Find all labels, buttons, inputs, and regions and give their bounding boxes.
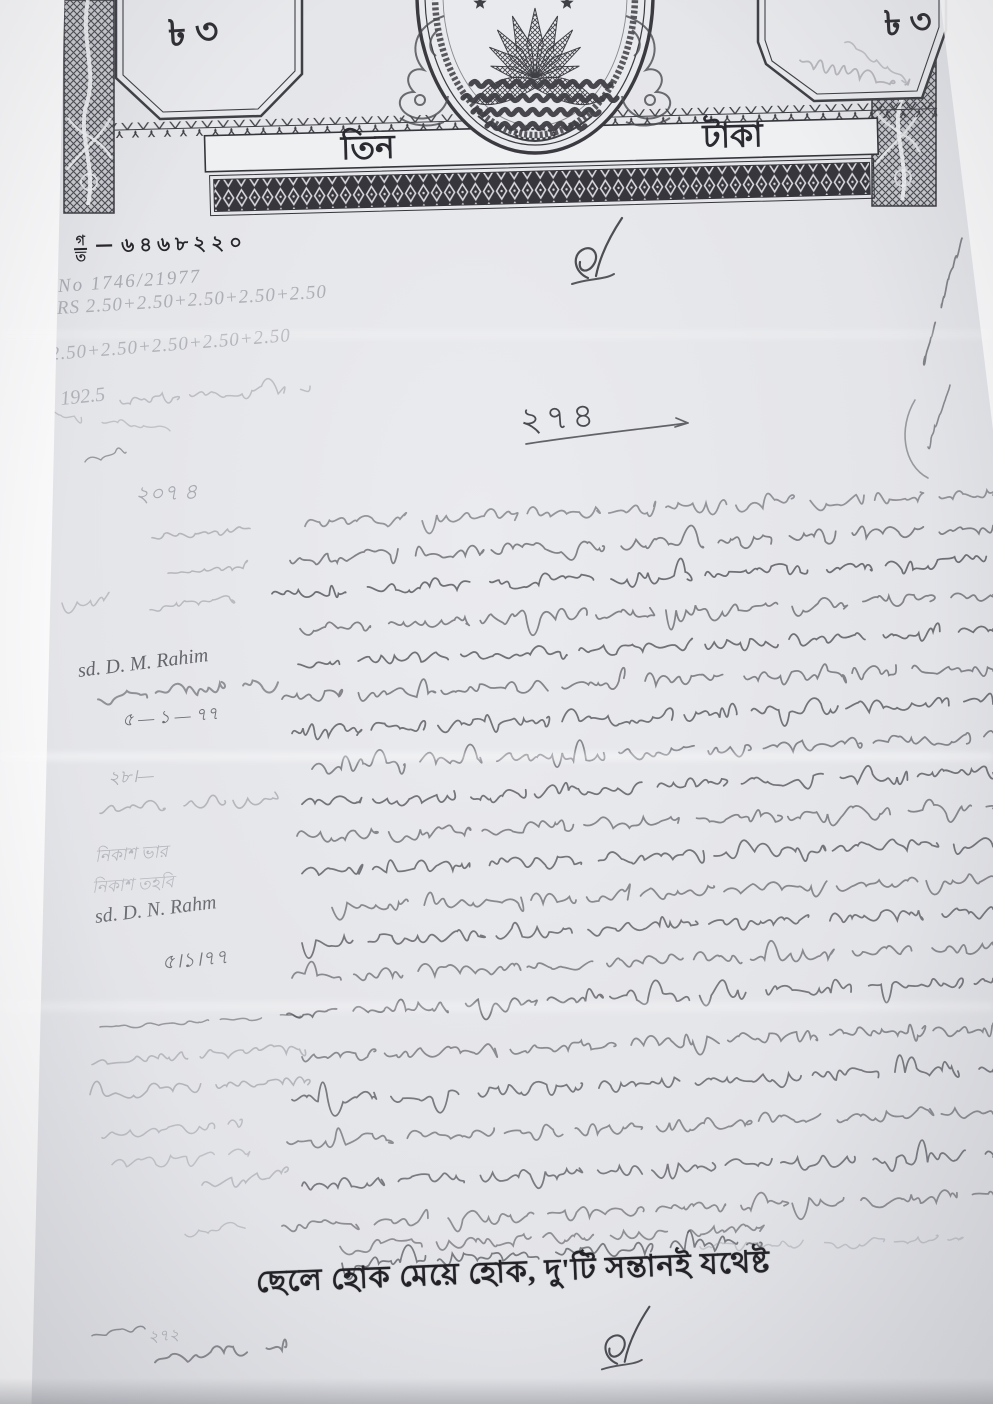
margin-illegible-notes bbox=[33, 42, 963, 1363]
illegible-note-squiggle bbox=[92, 1326, 145, 1335]
illegible-note-squiggle bbox=[90, 1077, 310, 1098]
illegible-note-squiggle bbox=[202, 1167, 288, 1187]
handwritten-line bbox=[298, 623, 993, 667]
handwritten-line bbox=[282, 664, 993, 701]
illegible-note-squiggle bbox=[928, 385, 950, 448]
paper-fold-line bbox=[0, 330, 993, 339]
scanned-stamp-paper-page: তিন টাকা ৳ ৩ ৳ ৩ bbox=[0, 0, 993, 1404]
paper-fold-line bbox=[0, 1002, 993, 1011]
illegible-note-squiggle bbox=[150, 596, 235, 611]
illegible-note-squiggle bbox=[92, 1045, 306, 1065]
pen-initial bbox=[572, 218, 622, 284]
illegible-note-squiggle bbox=[98, 681, 278, 705]
body-handwriting-lines bbox=[272, 490, 993, 1279]
illegible-note-squiggle bbox=[168, 561, 247, 574]
handwritten-line bbox=[302, 766, 993, 806]
illegible-note-squiggle bbox=[120, 379, 310, 404]
handwritten-line bbox=[292, 1055, 993, 1116]
paper-fold-line bbox=[0, 752, 993, 761]
pen-initial bbox=[602, 1307, 650, 1370]
handwritten-line bbox=[302, 1023, 993, 1062]
illegible-note-squiggle bbox=[152, 527, 250, 539]
illegible-note-squiggle bbox=[100, 1015, 301, 1028]
handwritten-line bbox=[282, 1190, 993, 1231]
illegible-note-squiggle bbox=[100, 792, 278, 813]
illegible-note-squiggle bbox=[185, 1223, 245, 1237]
illegible-note-squiggle bbox=[845, 42, 906, 83]
handwritten-line bbox=[292, 941, 993, 981]
handwritten-line bbox=[290, 526, 993, 565]
illegible-note-squiggle bbox=[924, 238, 962, 365]
illegible-note-squiggle bbox=[102, 1119, 242, 1138]
handwritten-line bbox=[302, 1140, 993, 1190]
illegible-note-squiggle bbox=[62, 592, 109, 613]
handwritten-body-layer bbox=[0, 0, 993, 1404]
illegible-note-squiggle bbox=[85, 448, 126, 462]
handwritten-line bbox=[287, 1107, 993, 1148]
handwritten-line bbox=[302, 907, 993, 958]
illegible-note-squiggle bbox=[155, 1340, 286, 1363]
illegible-note-squiggle bbox=[112, 1149, 250, 1167]
handwritten-line bbox=[292, 694, 993, 740]
scan-bottom-shadow bbox=[0, 1378, 993, 1404]
handwritten-line bbox=[287, 978, 993, 1019]
handwritten-line bbox=[272, 555, 986, 597]
handwritten-line bbox=[300, 593, 993, 635]
handwritten-line bbox=[302, 838, 993, 875]
